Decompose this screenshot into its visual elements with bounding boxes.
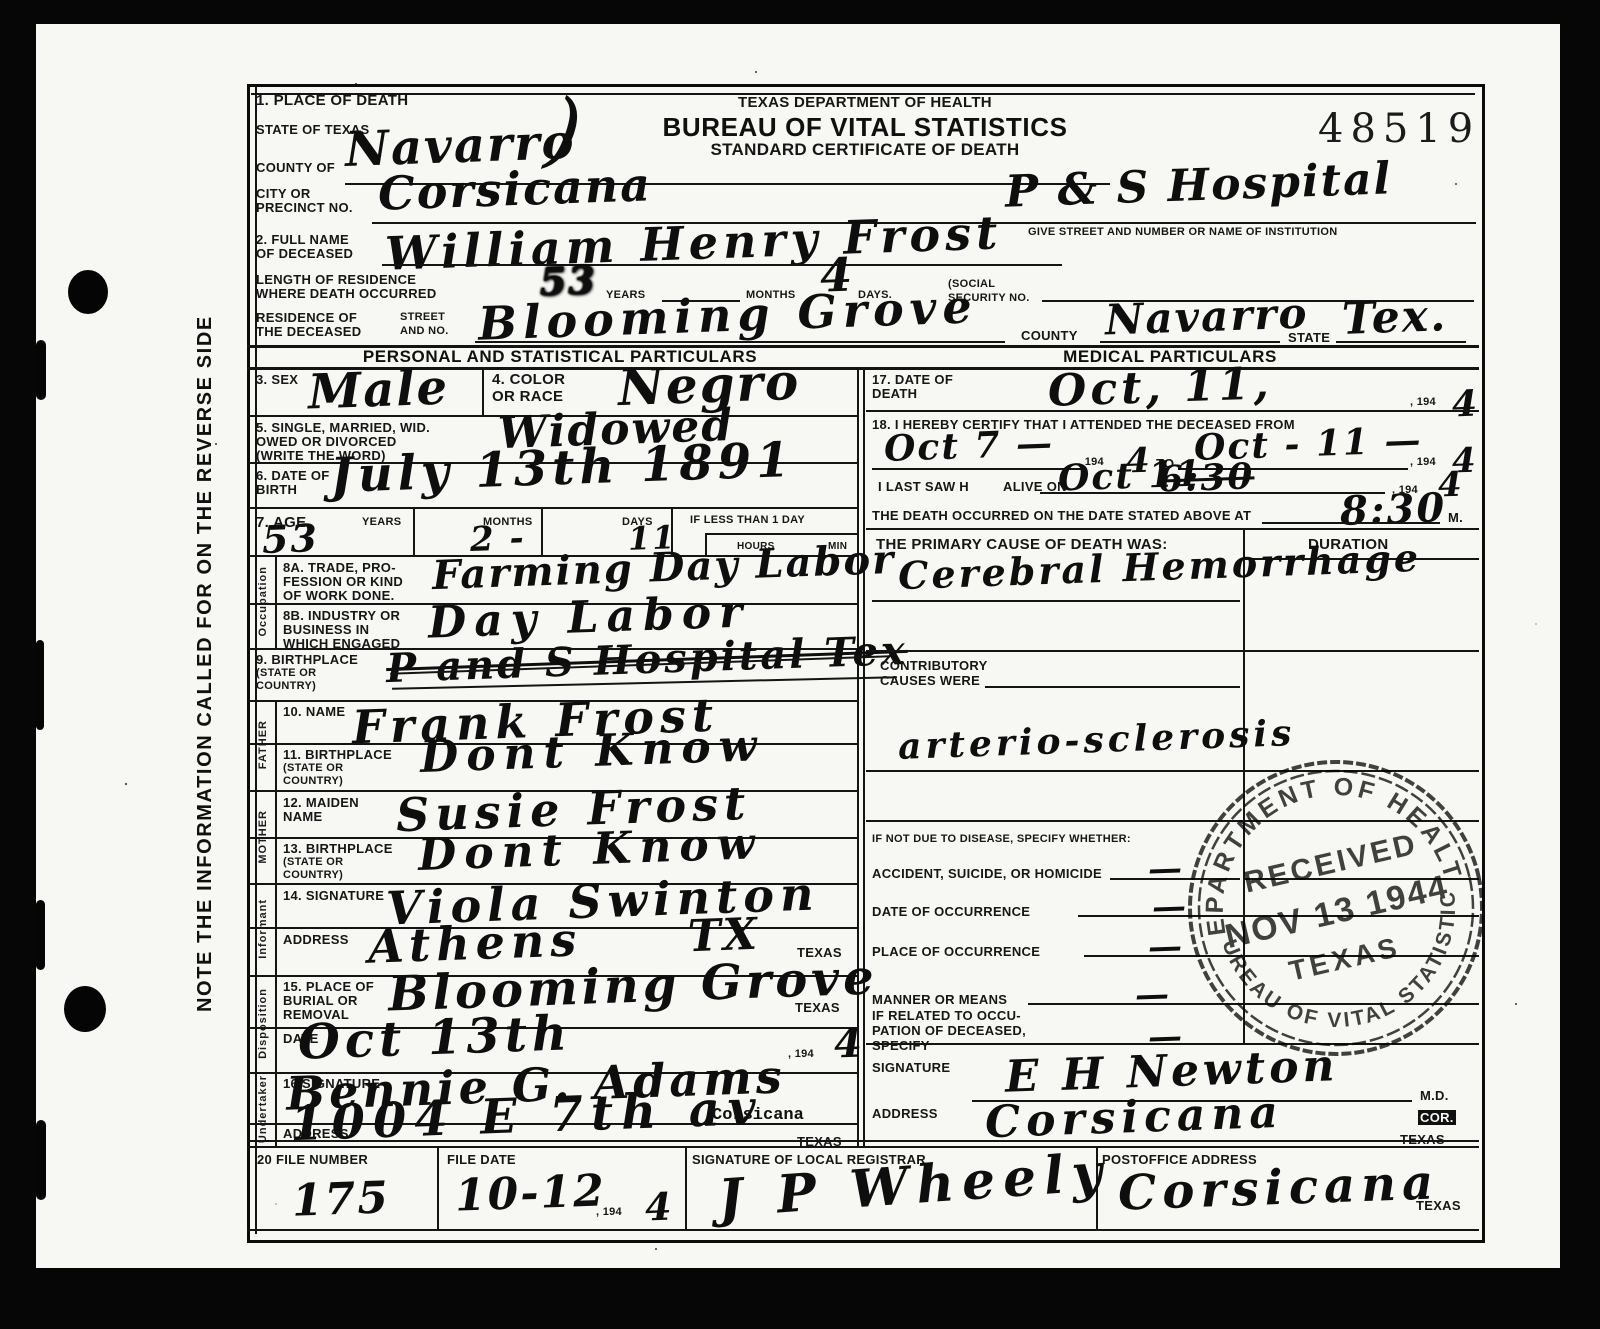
attended-from-handwriting: Oct 7 — — [883, 425, 1054, 467]
mother-birthplace-label-3: COUNTRY) — [283, 869, 343, 882]
birthplace-label-2: (STATE OR — [256, 667, 316, 680]
postoffice-handwriting: Corsicana — [1117, 1158, 1440, 1217]
rule — [437, 1146, 439, 1231]
fullname-label-2: OF DECEASED — [256, 246, 353, 261]
year-194-printed: , 194 — [1410, 456, 1436, 469]
file-number-label: 20 FILE NUMBER — [257, 1152, 368, 1167]
rule — [1262, 522, 1440, 524]
institution-caption: GIVE STREET AND NUMBER OR NAME OF INSTIT… — [1028, 226, 1337, 239]
rule — [482, 367, 484, 415]
rule — [866, 650, 1479, 652]
age-years-label: YEARS — [362, 516, 401, 529]
city-value-handwriting: Corsicana — [377, 161, 652, 217]
related-occupation-label-3: SPECIFY — [872, 1038, 930, 1053]
length-label-2: WHERE DEATH OCCURRED — [256, 286, 437, 301]
header-dept: TEXAS DEPARTMENT OF HEALTH — [640, 94, 1090, 112]
place-of-death-label: 1. PLACE OF DEATH — [256, 92, 408, 110]
punch-hole-top — [68, 270, 108, 314]
rule — [249, 507, 857, 509]
father-birthplace-label-2: (STATE OR — [283, 762, 343, 775]
rule — [985, 686, 1240, 688]
birthplace-label-3: COUNTRY) — [256, 680, 316, 693]
header-standard: STANDARD CERTIFICATE OF DEATH — [640, 140, 1090, 160]
md-label: M.D. — [1420, 1088, 1449, 1103]
physician-signature-label: SIGNATURE — [872, 1060, 950, 1075]
institution-value-handwriting: P & S Hospital — [1004, 157, 1393, 214]
texas-printed: TEXAS — [795, 1000, 840, 1015]
birthplace-label-1: 9. BIRTHPLACE — [256, 652, 358, 667]
trade-label-3: OF WORK DONE. — [283, 588, 395, 603]
color-race-label-1: 4. COLOR — [492, 371, 565, 389]
county-label: COUNTY OF — [256, 160, 335, 175]
year-digit-handwriting: 4 — [644, 1188, 674, 1227]
death-time-handwriting: 8:30 — [1339, 488, 1447, 532]
physician-address-label: ADDRESS — [872, 1106, 938, 1121]
death-occurred-at-label: THE DEATH OCCURRED ON THE DATE STATED AB… — [872, 508, 1251, 523]
rule — [866, 528, 1479, 530]
accident-label: ACCIDENT, SUICIDE, OR HOMICIDE — [872, 866, 1102, 881]
rule — [685, 1146, 687, 1231]
scan-edge-blob — [36, 1120, 46, 1200]
residence-state-handwriting: Tex. — [1341, 294, 1448, 342]
file-number-handwriting: 175 — [291, 1176, 390, 1223]
if-less-than-day-label: IF LESS THAN 1 DAY — [690, 514, 805, 527]
residence-label-2: THE DECEASED — [256, 324, 361, 339]
maiden-label-2: NAME — [283, 809, 322, 824]
rule — [247, 1146, 1479, 1148]
m-label: M. — [1448, 510, 1463, 525]
rule — [247, 1140, 1479, 1142]
street-label-2: AND NO. — [400, 325, 449, 338]
date-of-death-label-2: DEATH — [872, 386, 917, 401]
reverse-side-note: NOTE THE INFORMATION CALLED FOR ON THE R… — [194, 298, 228, 1012]
dob-label-2: BIRTH — [256, 482, 297, 497]
scan-edge-blob — [36, 900, 45, 970]
if-not-disease-label: IF NOT DUE TO DISEASE, SPECIFY WHETHER: — [872, 833, 1131, 846]
related-occupation-label-1: IF RELATED TO OCCU- — [872, 1008, 1021, 1023]
rule — [872, 600, 1240, 602]
rule — [705, 533, 857, 535]
mother-birthplace-label-2: (STATE OR — [283, 856, 343, 869]
manner-or-means-label: MANNER OR MEANS — [872, 992, 1007, 1007]
year-194-printed: , 194 — [596, 1206, 622, 1219]
scan-edge-blob — [36, 640, 44, 730]
occupation-gutter: Occupation — [250, 555, 277, 648]
rule — [413, 507, 415, 555]
informant-address-label: ADDRESS — [283, 932, 349, 947]
age-years-value-handwriting: 53 — [261, 519, 319, 559]
rule — [1040, 492, 1385, 494]
residence-county-handwriting: Navarro — [1104, 292, 1309, 341]
residence-state-label: STATE — [1288, 330, 1330, 345]
texas-printed: TEXAS — [1416, 1198, 1461, 1213]
file-date-label: FILE DATE — [447, 1152, 516, 1167]
physician-address-handwriting: Corsicana — [984, 1091, 1284, 1145]
related-occupation-label-2: PATION OF DECEASED, — [872, 1023, 1026, 1038]
father-name-label: 10. NAME — [283, 704, 345, 719]
sex-value-handwriting: Male — [307, 364, 450, 417]
undertaker-address-city-typed: Corsicana — [712, 1106, 804, 1125]
contributory-label-2: CAUSES WERE — [880, 673, 980, 688]
year-194-printed: , 194 — [1410, 396, 1436, 409]
year-digit-handwriting: 4 — [833, 1023, 864, 1064]
city-label-2: PRECINCT NO. — [256, 200, 353, 215]
father-birthplace-label-3: COUNTRY) — [283, 775, 343, 788]
mother-birthplace-label-1: 13. BIRTHPLACE — [283, 841, 393, 856]
color-race-label-2: OR RACE — [492, 388, 563, 406]
dash-handwriting: — — [1134, 977, 1171, 1012]
scanned-death-certificate: NOTE THE INFORMATION CALLED FOR ON THE R… — [0, 0, 1600, 1329]
rule — [475, 341, 1005, 343]
date-of-occurrence-label: DATE OF OCCURRENCE — [872, 904, 1030, 919]
date-of-death-handwriting: Oct, 11, — [1047, 362, 1273, 414]
undertaker-gutter: Undertaker — [250, 1072, 277, 1146]
father-gutter: FATHER — [250, 700, 277, 790]
cor-label: COR. — [1418, 1110, 1456, 1125]
last-saw-label-1: I LAST SAW H — [878, 479, 969, 494]
file-date-handwriting: 10-12 — [454, 1169, 606, 1218]
informant-address-state-handwriting: TX — [687, 913, 759, 959]
informant-signature-label: 14. SIGNATURE — [283, 888, 384, 903]
scan-edge-blob — [36, 340, 46, 400]
sex-label: 3. SEX — [256, 372, 298, 387]
rule — [247, 1229, 1479, 1231]
informant-gutter: Informant — [250, 883, 277, 975]
disposition-gutter: Disposition — [250, 975, 277, 1072]
rule — [1042, 300, 1062, 302]
certificate-number: 48519 — [1318, 106, 1480, 152]
year-digit-handwriting: 4 — [1451, 386, 1479, 423]
contributory-label-1: CONTRIBUTORY — [880, 658, 988, 673]
dash-handwriting: — — [1147, 929, 1184, 964]
street-label-1: STREET — [400, 311, 445, 324]
stamp-state-text: TEXAS — [1286, 931, 1403, 987]
rule — [1100, 341, 1280, 343]
father-birthplace-handwriting: Dont Know — [419, 724, 765, 780]
header-bureau: BUREAU OF VITAL STATISTICS — [590, 112, 1140, 143]
rule — [872, 468, 1087, 470]
rule — [1336, 341, 1466, 343]
year-194-printed: , 194 — [788, 1048, 814, 1061]
punch-hole-bottom — [64, 986, 106, 1032]
father-birthplace-label-1: 11. BIRTHPLACE — [283, 747, 392, 762]
rule — [382, 264, 1062, 266]
place-of-occurrence-label: PLACE OF OCCURRENCE — [872, 944, 1040, 959]
residence-county-label: COUNTY — [1021, 328, 1078, 343]
rule — [866, 410, 1479, 412]
